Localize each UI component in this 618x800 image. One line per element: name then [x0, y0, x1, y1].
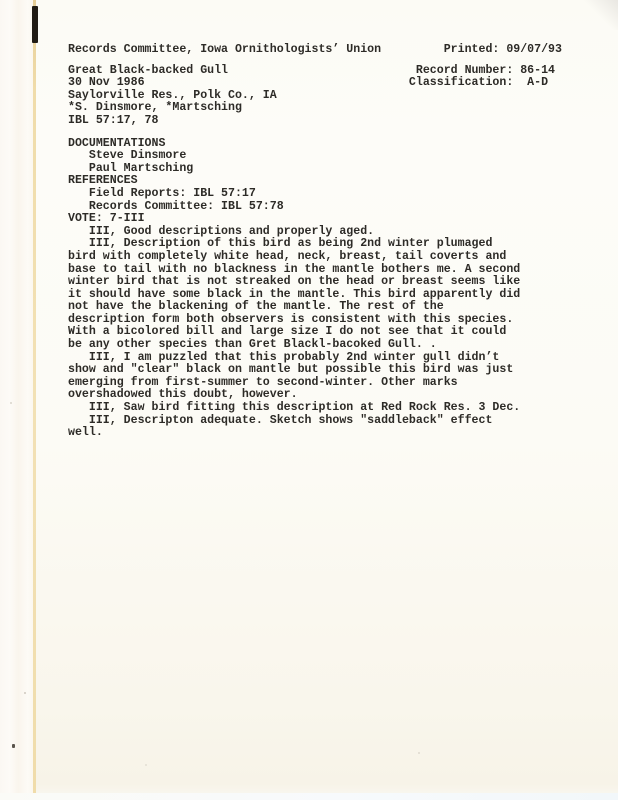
ibl-citation-line: IBL 57:17, 78 [68, 115, 608, 128]
scan-speck [12, 744, 15, 748]
scan-speck [418, 752, 420, 754]
typewritten-text: Records Committee, Iowa Ornithologists’ … [68, 44, 608, 440]
doc-header-line: Records Committee, Iowa Ornithologists’ … [68, 44, 608, 57]
documenter-name-line: Paul Martsching [68, 163, 608, 176]
page-crease-line [33, 0, 36, 800]
scan-speck [24, 692, 26, 694]
vote-comment-line: well. [68, 427, 608, 440]
scan-bottom-edge [0, 793, 618, 800]
vote-comment-line: show and "clear" black on mantle but pos… [68, 364, 608, 377]
vote-comment-line: bird with completely white head, neck, b… [68, 251, 608, 264]
scan-artifact-mark [32, 6, 38, 43]
scan-left-margin [0, 0, 33, 800]
scanned-document-page: Records Committee, Iowa Ornithologists’ … [0, 0, 618, 800]
scan-speck [10, 402, 12, 404]
reference-line: Records Committee: IBL 57:78 [68, 201, 608, 214]
scan-speck [145, 764, 147, 766]
vote-comment-line: be any other species than Gret Blackl-ba… [68, 339, 608, 352]
reference-line: Field Reports: IBL 57:17 [68, 188, 608, 201]
vote-comment-line: III, Descripton adequate. Sketch shows "… [68, 415, 608, 428]
scan-corner-shadow [584, 0, 618, 30]
vote-line: VOTE: 7-III [68, 213, 608, 226]
documenter-name-line: Steve Dinsmore [68, 150, 608, 163]
vote-comment-line: III, Saw bird fitting this description a… [68, 402, 608, 415]
vote-comment-line: not have the blackening of the mantle. T… [68, 301, 608, 314]
vote-comment-line: winter bird that is not streaked on the … [68, 276, 608, 289]
date-and-classification-line: 30 Nov 1986 Classification: A-D [68, 77, 608, 90]
